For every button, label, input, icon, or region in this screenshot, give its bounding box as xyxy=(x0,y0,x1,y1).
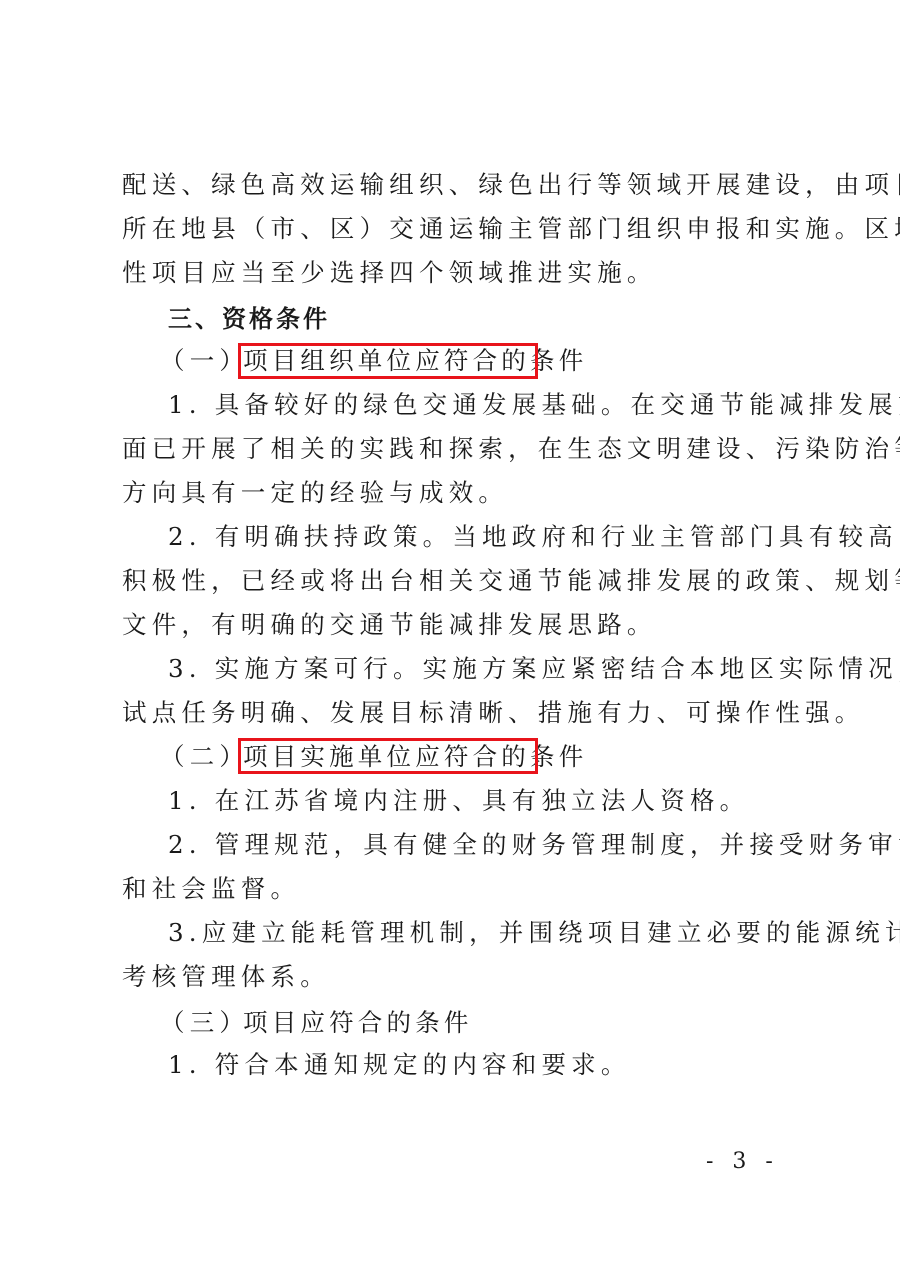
page-number: - 3 - xyxy=(706,1147,779,1177)
list-item-line: 考核管理体系。 xyxy=(122,961,330,993)
subsection-prefix: （二） xyxy=(160,741,249,773)
list-item-line: 方向具有一定的经验与成效。 xyxy=(122,477,508,509)
body-line: 所在地县（市、区）交通运输主管部门组织申报和实施。区域 xyxy=(122,213,900,245)
list-item-line: 1. 具备较好的绿色交通发展基础。在交通节能减排发展方 xyxy=(168,389,900,421)
list-item-line: 面已开展了相关的实践和探索，在生态文明建设、污染防治等 xyxy=(122,433,900,465)
subsection-prefix: （三） xyxy=(160,1007,249,1039)
list-item-line: 1. 在江苏省境内注册、具有独立法人资格。 xyxy=(168,785,749,817)
highlight-box-2 xyxy=(238,738,538,774)
list-item-line: 文件，有明确的交通节能减排发展思路。 xyxy=(122,609,657,641)
list-item-line: 2. 管理规范，具有健全的财务管理制度，并接受财务审计 xyxy=(168,829,900,861)
list-item-line: 积极性，已经或将出台相关交通节能减排发展的政策、规划等 xyxy=(122,565,900,597)
list-item-line: 和社会监督。 xyxy=(122,873,300,905)
list-item-line: 3.应建立能耗管理机制，并围绕项目建立必要的能源统计、 xyxy=(168,917,900,949)
list-item-line: 2. 有明确扶持政策。当地政府和行业主管部门具有较高的 xyxy=(168,521,900,553)
section-heading: 三、资格条件 xyxy=(168,303,330,335)
body-line: 性项目应当至少选择四个领域推进实施。 xyxy=(122,257,657,289)
subsection-title-3: 项目应符合的条件 xyxy=(243,1007,473,1039)
body-line: 配送、绿色高效运输组织、绿色出行等领域开展建设，由项目 xyxy=(122,169,900,201)
highlight-box-1 xyxy=(238,343,538,379)
subsection-prefix: （一） xyxy=(160,345,249,377)
list-item-line: 1. 符合本通知规定的内容和要求。 xyxy=(168,1049,631,1081)
list-item-line: 试点任务明确、发展目标清晰、措施有力、可操作性强。 xyxy=(122,697,865,729)
list-item-line: 3. 实施方案可行。实施方案应紧密结合本地区实际情况， xyxy=(168,653,900,685)
